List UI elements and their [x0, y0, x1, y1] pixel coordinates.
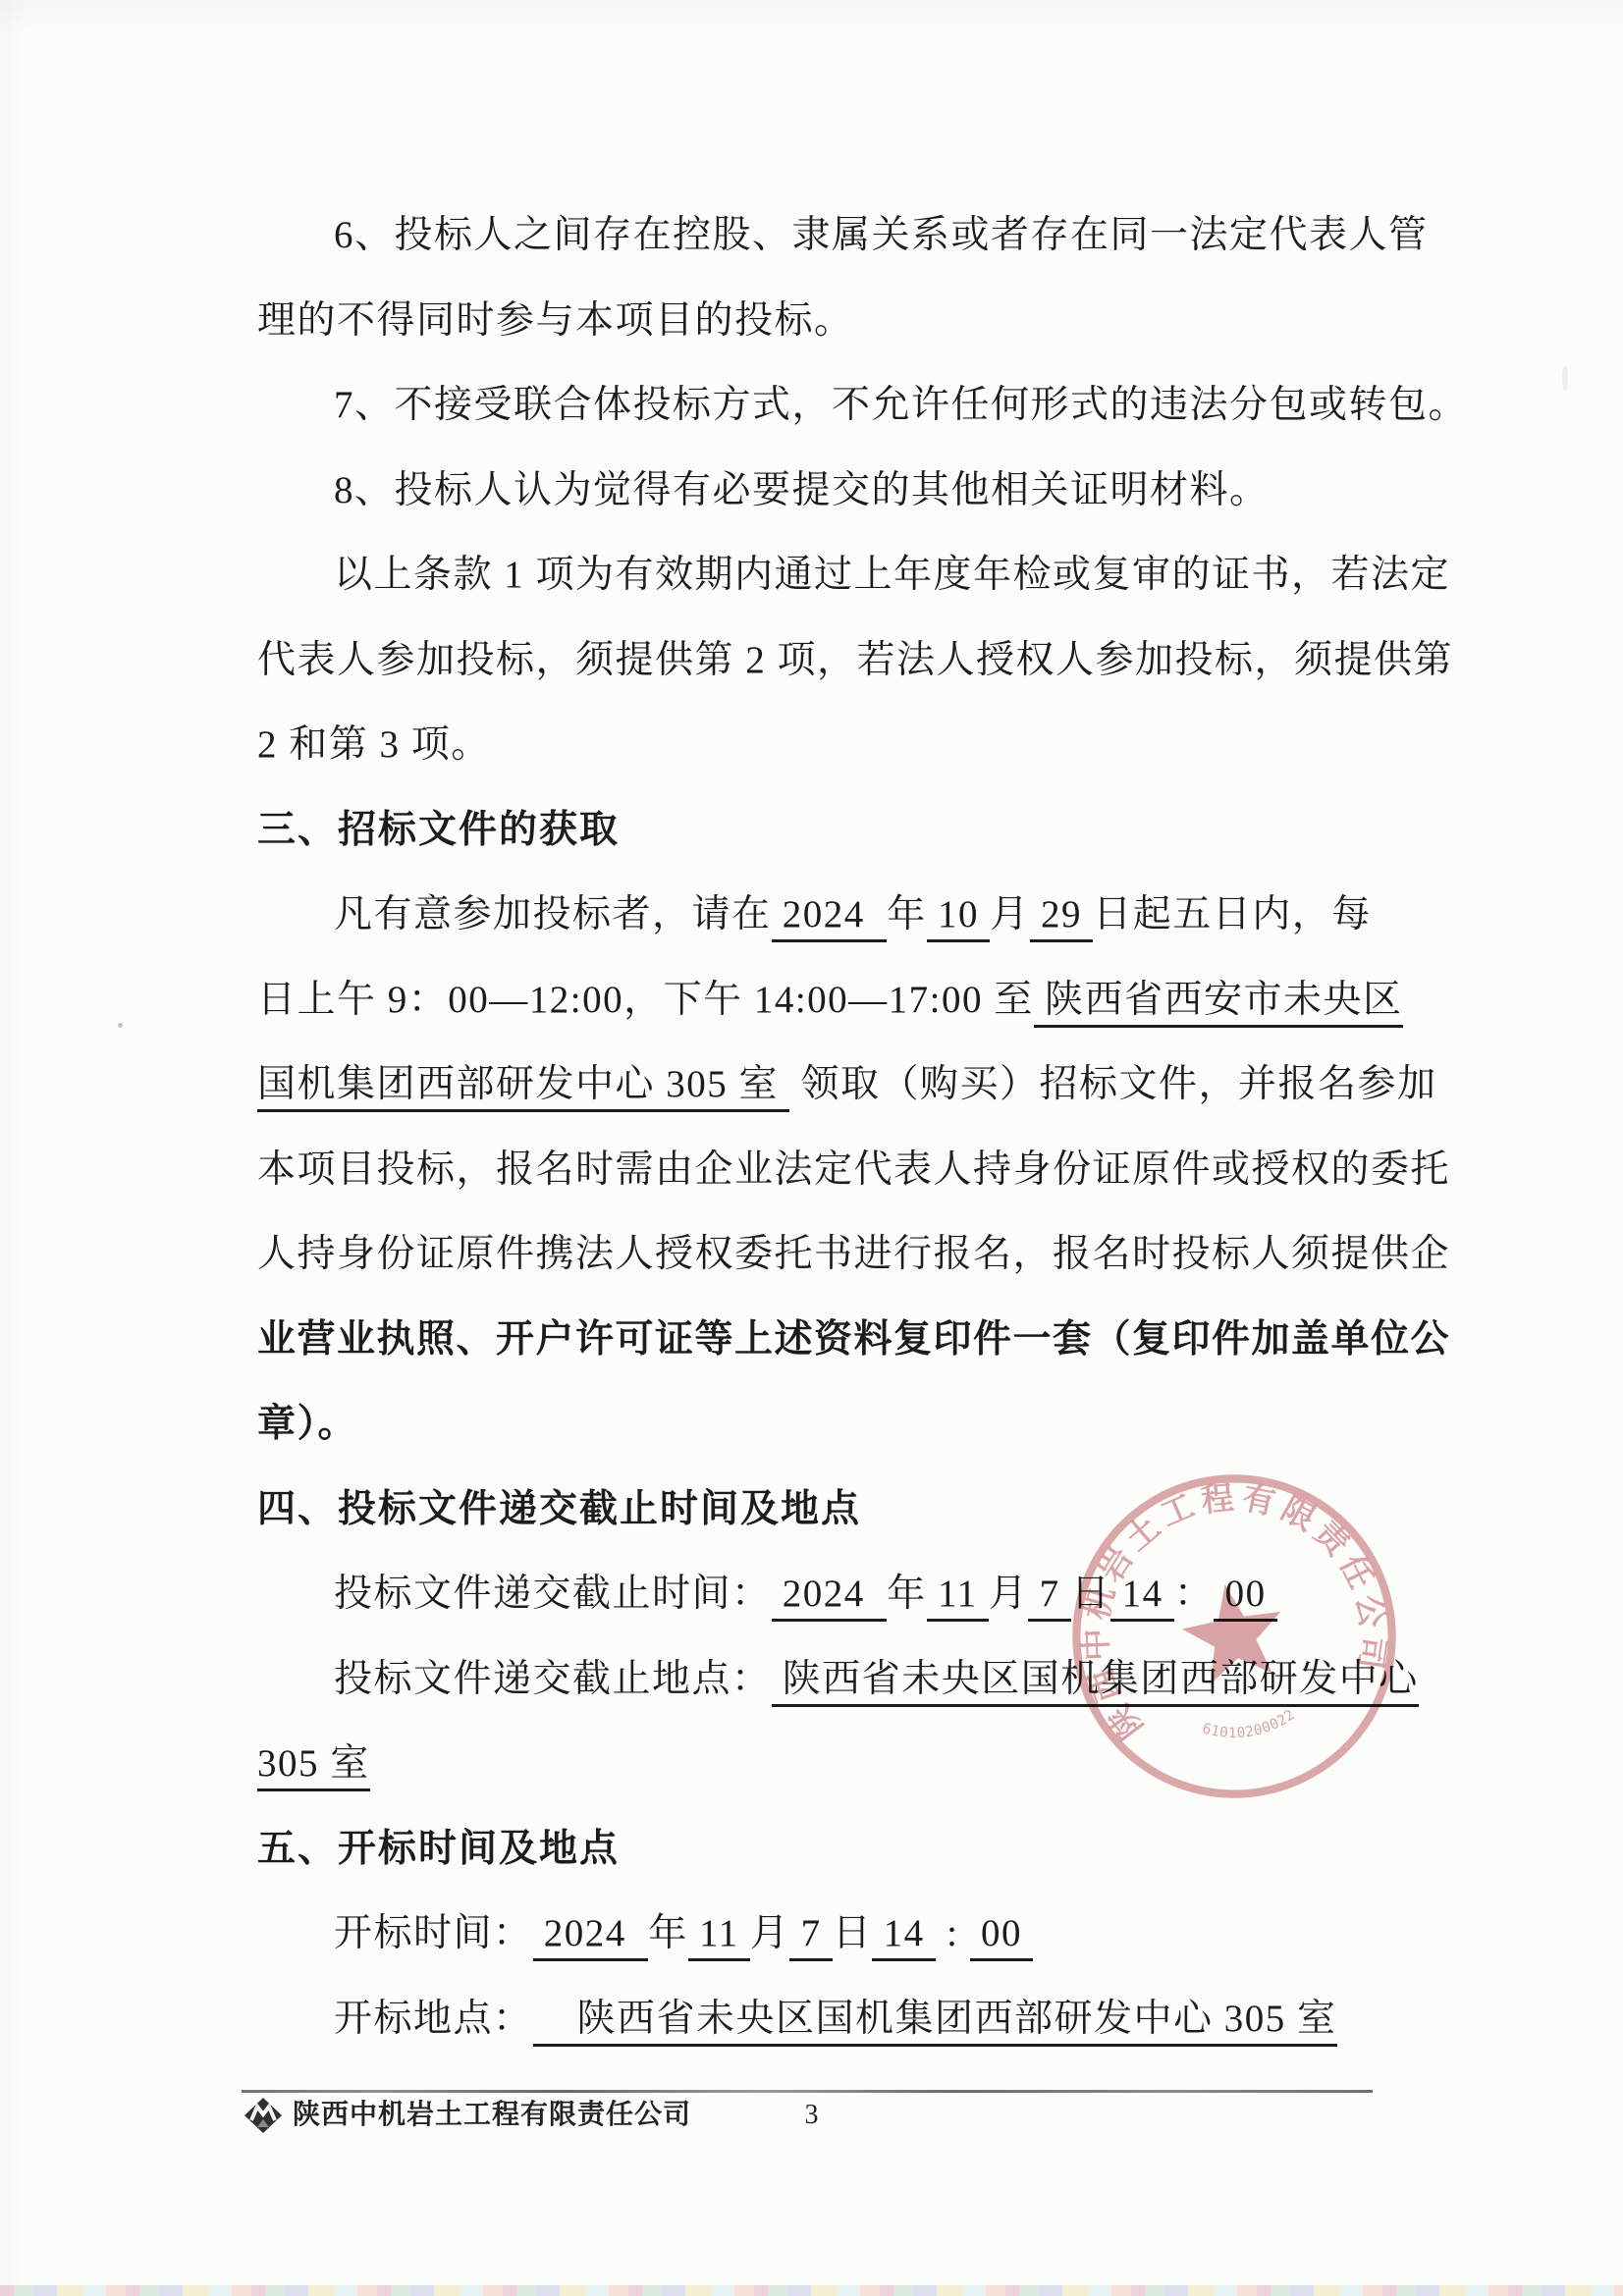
text-segment: 理的不得同时参与本项目的投标。 — [257, 299, 854, 342]
underlined-fill-in: 陕西省西安市未央区 — [1034, 979, 1403, 1028]
underlined-fill-in: 305 室 — [257, 1742, 370, 1791]
section-heading: 五、开标时间及地点 — [257, 1807, 1411, 1893]
text-segment: 投标文件递交截止地点： — [334, 1658, 772, 1700]
text-line: 凡有意参加投标者，请在 2024 年 10 月 29 日起五日内，每 — [257, 873, 1411, 958]
text-segment: 本项目投标，报名时需由企业法定代表人持身份证原件或授权的委托 — [257, 1148, 1450, 1191]
underlined-fill-in: 11 — [927, 1573, 989, 1622]
text-line: 人持身份证原件携法人授权委托书进行报名，报名时投标人须提供企 — [257, 1212, 1411, 1298]
underlined-fill-in: 2024 — [533, 1912, 649, 1961]
text-segment: ： — [1174, 1573, 1215, 1615]
text-segment: 三、招标文件的获取 — [257, 809, 620, 851]
text-line: 理的不得同时参与本项目的投标。 — [257, 279, 1411, 364]
underlined-fill-in: 2024 — [772, 1573, 888, 1622]
text-segment: 年 — [887, 893, 927, 935]
text-line: 开标时间： 2024 年 11 月 7 日 14 : 00 — [257, 1892, 1411, 1977]
underlined-fill-in: 7 — [789, 1912, 833, 1961]
underlined-fill-in: 29 — [1030, 893, 1094, 942]
text-line: 投标文件递交截止地点： 陕西省未央区国机集团西部研发中心 — [257, 1637, 1411, 1723]
text-segment: 7、不接受联合体投标方式，不允许任何形式的违法分包或转包。 — [334, 384, 1468, 426]
text-segment: 年 — [887, 1573, 927, 1615]
text-segment: 年 — [648, 1912, 688, 1954]
text-line: 7、不接受联合体投标方式，不允许任何形式的违法分包或转包。 — [257, 363, 1411, 449]
text-line: 业营业执照、开户许可证等上述资料复印件一套（复印件加盖单位公 — [257, 1298, 1411, 1383]
text-line: 本项目投标，报名时需由企业法定代表人持身份证原件或授权的委托 — [257, 1128, 1411, 1213]
text-segment: 四、投标文件递交截止时间及地点 — [257, 1488, 861, 1530]
footer-divider — [242, 2090, 1373, 2093]
text-segment: 日起五日内，每 — [1093, 893, 1372, 935]
text-segment: 开标地点： — [334, 1998, 533, 2040]
text-segment: 6、投标人之间存在控股、隶属关系或者存在同一法定代表人管 — [334, 214, 1429, 256]
text-segment: 凡有意参加投标者，请在 — [334, 893, 772, 935]
underlined-fill-in: 14 — [1110, 1573, 1174, 1622]
document-lines: 6、投标人之间存在控股、隶属关系或者存在同一法定代表人管理的不得同时参与本项目的… — [257, 193, 1411, 2061]
text-segment: 五、开标时间及地点 — [257, 1828, 620, 1870]
underlined-fill-in: 00 — [970, 1912, 1034, 1961]
section-heading: 三、招标文件的获取 — [257, 788, 1411, 874]
text-line: 开标地点： 陕西省未央区国机集团西部研发中心 305 室 — [257, 1977, 1411, 2062]
text-segment: 2 和第 3 项。 — [257, 723, 491, 766]
text-segment: 章）。 — [257, 1403, 357, 1445]
text-segment: 代表人参加投标，须提供第 2 项，若法人授权人参加投标，须提供第 — [257, 639, 1453, 681]
text-segment: 以上条款 1 项为有效期内通过上年度年检或复审的证书，若法定 — [334, 554, 1450, 596]
underlined-fill-in: 2024 — [772, 893, 888, 942]
text-line: 章）。 — [257, 1382, 1411, 1468]
underlined-fill-in: 10 — [927, 893, 991, 942]
text-line: 投标文件递交截止时间： 2024 年 11 月 7 日 14 ： 00 — [257, 1552, 1411, 1637]
text-segment: 领取（购买）招标文件，并报名参加 — [789, 1063, 1436, 1105]
text-segment: 月 — [990, 893, 1030, 935]
text-line: 6、投标人之间存在控股、隶属关系或者存在同一法定代表人管 — [257, 193, 1411, 279]
text-segment: 人持身份证原件携法人授权委托书进行报名，报名时投标人须提供企 — [257, 1233, 1450, 1275]
underlined-fill-in: 14 — [872, 1912, 936, 1961]
scan-speck — [118, 1023, 123, 1028]
text-segment: 月 — [989, 1573, 1029, 1615]
text-line: 8、投标人认为觉得有必要提交的其他相关证明材料。 — [257, 449, 1411, 534]
text-segment: 日 — [1071, 1573, 1111, 1615]
text-segment: : — [936, 1912, 970, 1954]
text-segment: 日 — [833, 1912, 873, 1954]
page-number: 3 — [0, 2097, 1623, 2134]
underlined-fill-in: 00 — [1214, 1573, 1277, 1622]
text-line: 国机集团西部研发中心 305 室 领取（购买）招标文件，并报名参加 — [257, 1042, 1411, 1128]
text-line: 以上条款 1 项为有效期内通过上年度年检或复审的证书，若法定 — [257, 533, 1411, 618]
text-segment: 开标时间： — [334, 1912, 533, 1954]
text-segment: 业营业执照、开户许可证等上述资料复印件一套（复印件加盖单位公 — [257, 1318, 1450, 1361]
text-segment: 8、投标人认为觉得有必要提交的其他相关证明材料。 — [334, 469, 1270, 511]
text-segment: 投标文件递交截止时间： — [334, 1573, 772, 1615]
underlined-fill-in: 陕西省未央区国机集团西部研发中心 — [772, 1658, 1419, 1707]
scan-noise-strip — [0, 2285, 1623, 2296]
text-segment: 日上午 9：00—12:00，下午 14:00—17:00 至 — [257, 979, 1034, 1021]
text-line: 2 和第 3 项。 — [257, 703, 1411, 788]
text-line: 305 室 — [257, 1722, 1411, 1807]
scanned-document-page: 6、投标人之间存在控股、隶属关系或者存在同一法定代表人管理的不得同时参与本项目的… — [0, 0, 1623, 2296]
underlined-fill-in: 7 — [1028, 1573, 1071, 1622]
section-heading: 四、投标文件递交截止时间及地点 — [257, 1468, 1411, 1553]
underlined-fill-in: 陕西省未央区国机集团西部研发中心 305 室 — [533, 1998, 1337, 2047]
text-line: 代表人参加投标，须提供第 2 项，若法人授权人参加投标，须提供第 — [257, 618, 1411, 704]
underlined-fill-in: 国机集团西部研发中心 305 室 — [257, 1063, 789, 1112]
underlined-fill-in: 11 — [688, 1912, 750, 1961]
text-line: 日上午 9：00—12:00，下午 14:00—17:00 至 陕西省西安市未央… — [257, 958, 1411, 1043]
scan-speck — [1562, 365, 1568, 391]
text-segment: 月 — [750, 1912, 790, 1954]
